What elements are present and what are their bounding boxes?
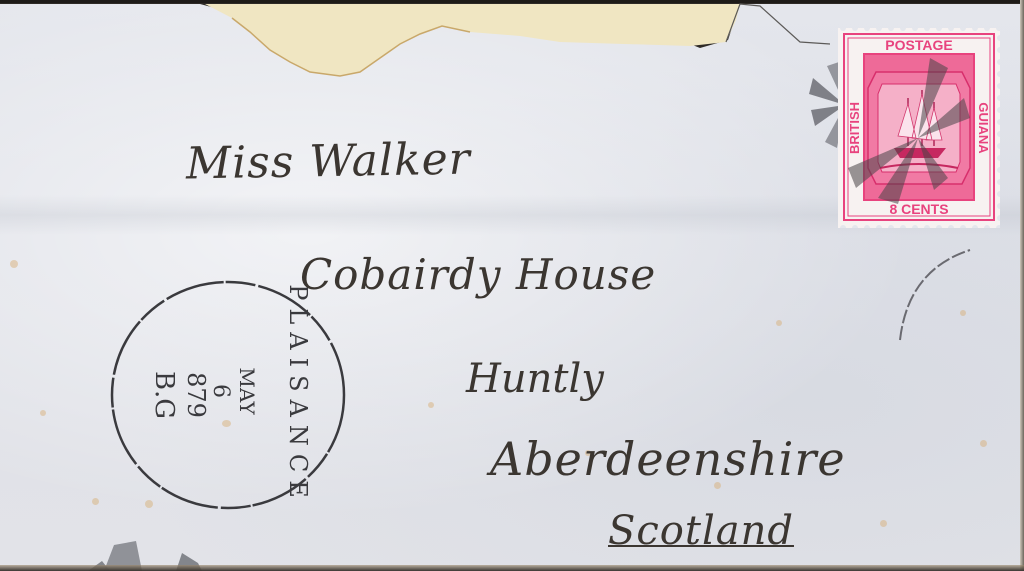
postage-stamp: POSTAGE 8 CENTS BRITISH GUIANA bbox=[838, 28, 1000, 228]
envelope: POSTAGE 8 CENTS BRITISH GUIANA PLAISANCE… bbox=[0, 0, 1024, 571]
address-town: Huntly bbox=[466, 356, 604, 402]
stamp-top-text: POSTAGE bbox=[885, 37, 952, 53]
envelope-right-edge bbox=[1020, 0, 1024, 571]
circular-datestamp: PLAISANCE MAY 6 879 B.G bbox=[108, 278, 348, 512]
postmark-day: 6 bbox=[208, 384, 233, 398]
address-house: Cobairdy House bbox=[300, 250, 656, 299]
stamp-value-text: 8 CENTS bbox=[889, 201, 948, 217]
postmark-month: MAY bbox=[235, 367, 259, 415]
address-country: Scotland bbox=[608, 508, 794, 554]
stamp-left-text: BRITISH bbox=[847, 102, 862, 154]
foxing-spot bbox=[428, 402, 434, 408]
address-recipient: Miss Walker bbox=[186, 134, 472, 190]
stamp-right-text: GUIANA bbox=[976, 102, 991, 154]
foxing-spot bbox=[40, 410, 46, 416]
postmark-year: 879 bbox=[182, 372, 210, 418]
foxing-spot bbox=[776, 320, 782, 326]
foxing-spot bbox=[92, 498, 99, 505]
address-county: Aberdeenshire bbox=[490, 432, 846, 486]
partial-postmark-arc bbox=[890, 230, 1020, 390]
foxing-spot bbox=[10, 260, 18, 268]
envelope-bottom-edge bbox=[0, 565, 1024, 571]
postmark-town: PLAISANCE bbox=[284, 284, 312, 506]
foxing-spot bbox=[880, 520, 887, 527]
foxing-spot bbox=[980, 440, 987, 447]
postmark-region: B.G bbox=[149, 371, 179, 419]
